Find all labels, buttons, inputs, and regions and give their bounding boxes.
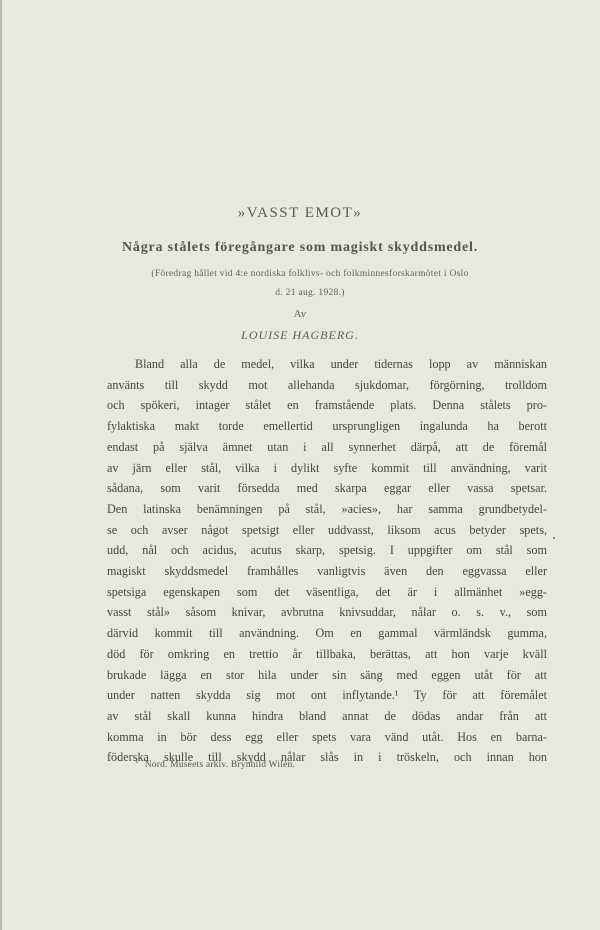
text-line: Den latinska benämningen på stål, »acies… xyxy=(107,499,547,520)
text-line: magiskt skyddsmedel framhålles vanligtvi… xyxy=(107,561,547,582)
footnote: 1Nord. Museets arkiv. Brynhild Wilén. xyxy=(135,757,295,770)
text-line: Bland alla de medel, vilka under tiderna… xyxy=(107,354,547,375)
body-text: Bland alla de medel, vilka under tiderna… xyxy=(107,354,547,768)
margin-mark xyxy=(553,537,555,539)
footnote-marker: 1 xyxy=(135,757,139,765)
text-line: fylaktiska makt torde emellertid ursprun… xyxy=(107,416,547,437)
lecture-note-line: (Föredrag hållet vid 4:e nordiska folkli… xyxy=(100,265,520,284)
page-edge xyxy=(0,0,2,930)
footnote-text: Nord. Museets arkiv. Brynhild Wilén. xyxy=(145,760,295,770)
text-line: under natten skydda sig mot ont inflytan… xyxy=(107,685,547,706)
text-line: därvid kommit till användning. Om en gam… xyxy=(107,623,547,644)
text-line: brukade lägga en stor hila under sin sän… xyxy=(107,665,547,686)
lecture-note-line: d. 21 aug. 1928.) xyxy=(100,284,520,303)
article-title: »VASST EMOT» xyxy=(0,205,600,222)
byline: Av xyxy=(0,308,600,320)
text-line: död för omkring en trettio år tillbaka, … xyxy=(107,644,547,665)
author-name: LOUISE HAGBERG. xyxy=(0,328,600,343)
text-line: använts till skydd mot allehanda sjukdom… xyxy=(107,375,547,396)
lecture-note: (Föredrag hållet vid 4:e nordiska folkli… xyxy=(100,265,520,303)
text-line: se och avser något spetsigt eller uddvas… xyxy=(107,520,547,541)
text-line: udd, nål och acidus, acutus skarp, spets… xyxy=(107,540,547,561)
article-subtitle: Några stålets föregångare som magiskt sk… xyxy=(0,240,600,256)
text-line: sådana, som varit försedda med skarpa eg… xyxy=(107,478,547,499)
text-line: av stål skall kunna hindra bland annat d… xyxy=(107,706,547,727)
text-line: vasst stål» såsom knivar, avbrutna knivs… xyxy=(107,602,547,623)
text-line: spetsiga egenskapen som det väsentliga, … xyxy=(107,582,547,603)
text-line: komma in bör dess egg eller spets vara v… xyxy=(107,727,547,748)
text-line: endast på själva ämnet utan i all synner… xyxy=(107,437,547,458)
text-line: av järn eller stål, vilka i dylikt syfte… xyxy=(107,458,547,479)
text-line: och spökeri, intager stålet en framståen… xyxy=(107,395,547,416)
